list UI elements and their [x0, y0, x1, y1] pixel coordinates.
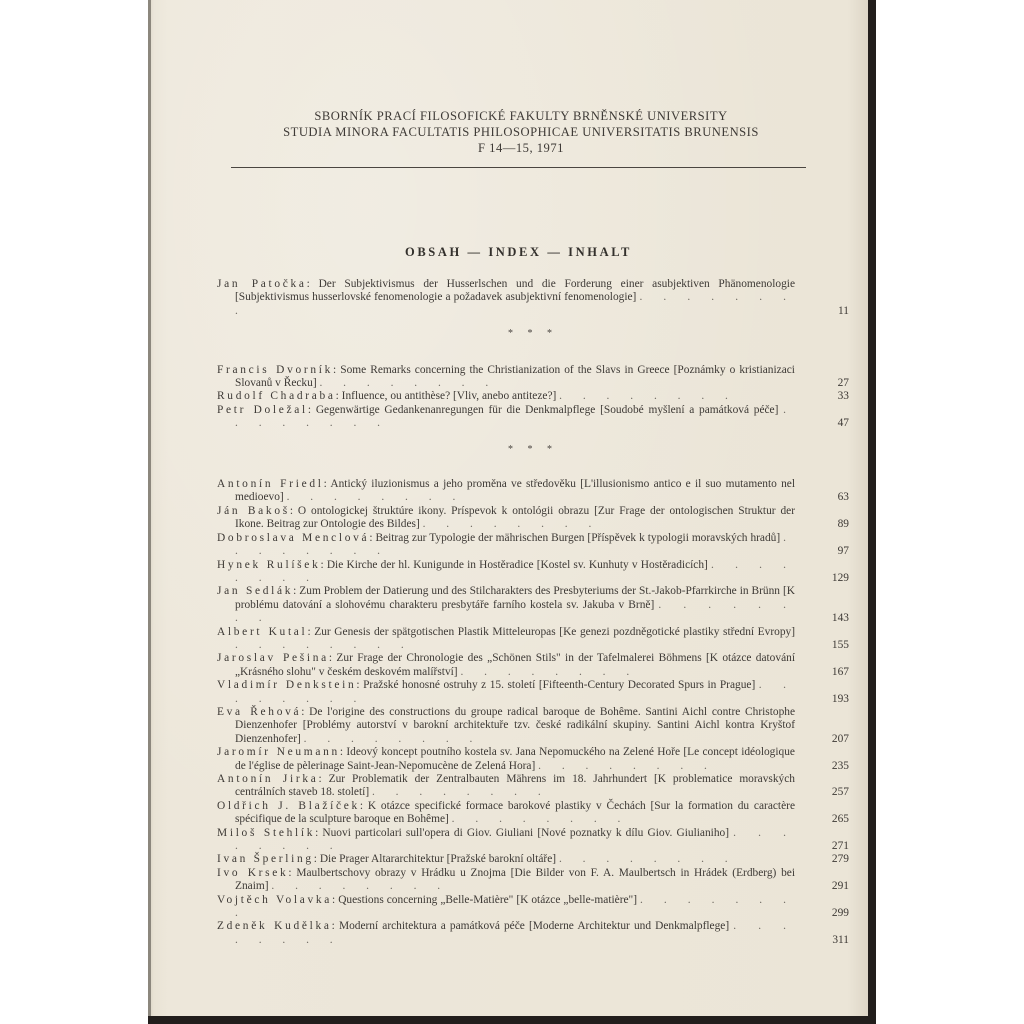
entry-title: Pražské honosné ostruhy z 15. století [F… — [363, 679, 755, 691]
entry-page-number: 33 — [809, 390, 849, 403]
toc-entry: Jaroslav Pešina: Zur Frage der Chronolog… — [217, 652, 849, 679]
entry-text: Ivan Šperling: Die Prager Altararchitekt… — [217, 853, 795, 866]
toc-entry: Petr Doležal: Gegenwärtige Gedankenanreg… — [217, 404, 849, 431]
entry-text: Ivo Krsek: Maulbertschovy obrazy v Hrádk… — [217, 867, 795, 894]
toc-entry: Oldřich J. Blažíček: K otázce specifické… — [217, 800, 849, 827]
entry-author: Vojtěch Volavka — [217, 894, 332, 906]
entry-title: Die Prager Altararchitektur [Pražské bar… — [320, 853, 556, 865]
entry-page-number: 311 — [809, 934, 849, 947]
entry-text: Francis Dvorník: Some Remarks concerning… — [217, 364, 795, 391]
entry-page-number: 97 — [809, 545, 849, 558]
entry-text: Jaromír Neumann: Ideový koncept poutního… — [217, 746, 795, 773]
toc-entry: Ján Bakoš: O ontologickej štruktúre ikon… — [217, 505, 849, 532]
header-line-czech: SBORNÍK PRACÍ FILOSOFICKÉ FAKULTY BRNĚNS… — [231, 108, 811, 124]
entry-page-number: 47 — [809, 417, 849, 430]
page-left-edge — [148, 0, 151, 1018]
entry-title: Die Kirche der hl. Kunigunde in Hostěrad… — [327, 559, 708, 571]
entry-title: Zur Genesis der spätgotischen Plastik Mi… — [314, 626, 795, 638]
entry-page-number: 235 — [809, 760, 849, 773]
entry-text: Vojtěch Volavka: Questions concerning „B… — [217, 894, 795, 921]
entry-title: Influence, ou antithèse? [Vliv, anebo an… — [342, 390, 557, 402]
toc-entry: Jaromír Neumann: Ideový koncept poutního… — [217, 746, 849, 773]
leader-dots: . . . . . . . . — [287, 491, 465, 503]
entry-text: Dobroslava Menclová: Beitrag zur Typolog… — [217, 532, 795, 559]
entry-page-number: 257 — [809, 786, 849, 799]
entry-page-number: 299 — [809, 907, 849, 920]
entry-author: Ivan Šperling — [217, 853, 314, 865]
header-rule — [231, 167, 806, 168]
entry-text: Ján Bakoš: O ontologickej štruktúre ikon… — [217, 505, 795, 532]
toc-entry: Vladimír Denkstein: Pražské honosné ostr… — [217, 679, 849, 706]
author-colon: : — [301, 706, 309, 718]
entry-title: Beitrag zur Typologie der mährischen Bur… — [375, 532, 780, 544]
entry-page-number: 271 — [809, 840, 849, 853]
entry-author: Vladimír Denkstein — [217, 679, 356, 691]
entry-author: Eva Řehová — [217, 706, 301, 718]
entry-text: Vladimír Denkstein: Pražské honosné ostr… — [217, 679, 795, 706]
entry-text: Zdeněk Kudělka: Moderní architektura a p… — [217, 920, 795, 947]
toc-entry: Zdeněk Kudělka: Moderní architektura a p… — [217, 920, 849, 947]
entry-author: Oldřich J. Blažíček — [217, 800, 360, 812]
toc-entry: Dobroslava Menclová: Beitrag zur Typolog… — [217, 532, 849, 559]
entry-text: Oldřich J. Blažíček: K otázce specifické… — [217, 800, 795, 827]
toc-entry: Vojtěch Volavka: Questions concerning „B… — [217, 894, 849, 921]
entry-page-number: 291 — [809, 880, 849, 893]
entry-author: Jan Patočka — [217, 278, 307, 290]
toc-entry: Hynek Rulíšek: Die Kirche der hl. Kunigu… — [217, 559, 849, 586]
section-separator: * * * — [217, 443, 849, 456]
entry-page-number: 63 — [809, 491, 849, 504]
entry-text: Miloš Stehlík: Nuovi particolari sull'op… — [217, 827, 795, 854]
entry-text: Jan Patočka: Der Subjektivismus der Huss… — [217, 278, 795, 318]
toc-entry: Rudolf Chadraba: Influence, ou antithèse… — [217, 390, 849, 403]
toc-entry: Antonín Friedl: Antický iluzionismus a j… — [217, 478, 849, 505]
leader-dots: . . . . . . . . — [460, 666, 638, 678]
leader-dots: . . . . . . . . — [559, 853, 737, 865]
entry-author: Ján Bakoš — [217, 505, 290, 517]
entry-text: Petr Doležal: Gegenwärtige Gedankenanreg… — [217, 404, 795, 431]
entry-page-number: 89 — [809, 518, 849, 531]
author-colon: : — [290, 505, 298, 517]
author-colon: : — [307, 278, 319, 290]
entry-page-number: 11 — [809, 305, 849, 318]
toc-entry: Miloš Stehlík: Nuovi particolari sull'op… — [217, 827, 849, 854]
leader-dots: . . . . . . . . — [538, 760, 716, 772]
entry-page-number: 193 — [809, 693, 849, 706]
entry-title: Nuovi particolari sull'opera di Giov. Gi… — [322, 827, 729, 839]
entry-author: Ivo Krsek — [217, 867, 288, 879]
entry-title: Moderní architektura a památková péče [M… — [339, 920, 729, 932]
leader-dots: . . . . . . . . — [372, 786, 550, 798]
page-right-edge — [868, 0, 876, 1024]
entry-author: Dobroslava Menclová — [217, 532, 369, 544]
entry-author: Zdeněk Kudělka — [217, 920, 332, 932]
entry-page-number: 167 — [809, 666, 849, 679]
toc-entry: Jan Sedlák: Zum Problem der Datierung un… — [217, 585, 849, 625]
entry-author: Jaromír Neumann — [217, 746, 340, 758]
entry-page-number: 27 — [809, 377, 849, 390]
entry-page-number: 279 — [809, 853, 849, 866]
entry-title: Gegenwärtige Gedankenanregungen für die … — [316, 404, 779, 416]
entry-text: Albert Kutal: Zur Genesis der spätgotisc… — [217, 626, 795, 653]
entry-text: Rudolf Chadraba: Influence, ou antithèse… — [217, 390, 795, 403]
entry-text: Eva Řehová: De l'origine des constructio… — [217, 706, 795, 746]
entry-page-number: 129 — [809, 572, 849, 585]
header-line-latin: STUDIA MINORA FACULTATIS PHILOSOPHICAE U… — [231, 124, 811, 140]
entry-author: Jaroslav Pešina — [217, 652, 329, 664]
leader-dots: . . . . . . . . — [235, 639, 413, 651]
entry-page-number: 265 — [809, 813, 849, 826]
toc-entry: Eva Řehová: De l'origine des constructio… — [217, 706, 849, 746]
author-colon: : — [319, 773, 329, 785]
author-colon: : — [332, 920, 339, 932]
entry-text: Antonín Jirka: Zur Problematik der Zentr… — [217, 773, 795, 800]
leader-dots: . . . . . . . . — [559, 390, 737, 402]
table-of-contents: Jan Patočka: Der Subjektivismus der Huss… — [217, 278, 849, 947]
leader-dots: . . . . . . . . — [452, 813, 630, 825]
leader-dots: . . . . . . . . — [319, 377, 497, 389]
toc-entry: Jan Patočka: Der Subjektivismus der Huss… — [217, 278, 849, 318]
entry-text: Hynek Rulíšek: Die Kirche der hl. Kunigu… — [217, 559, 795, 586]
entry-title: Questions concerning „Belle-Matière" [K … — [338, 894, 637, 906]
toc-entry: Ivo Krsek: Maulbertschovy obrazy v Hrádk… — [217, 867, 849, 894]
entry-text: Jaroslav Pešina: Zur Frage der Chronolog… — [217, 652, 795, 679]
entry-text: Antonín Friedl: Antický iluzionismus a j… — [217, 478, 795, 505]
section-separator: * * * — [217, 327, 849, 340]
toc-entry: Antonín Jirka: Zur Problematik der Zentr… — [217, 773, 849, 800]
entry-author: Jan Sedlák — [217, 585, 293, 597]
entry-author: Rudolf Chadraba — [217, 390, 336, 402]
author-colon: : — [360, 800, 368, 812]
entry-text: Jan Sedlák: Zum Problem der Datierung un… — [217, 585, 795, 625]
entry-author: Hynek Rulíšek — [217, 559, 320, 571]
leader-dots: . . . . . . . . — [271, 880, 449, 892]
author-colon: : — [308, 404, 316, 416]
header-volume: F 14—15, 1971 — [231, 140, 811, 156]
entry-author: Albert Kutal — [217, 626, 307, 638]
toc-entry: Albert Kutal: Zur Genesis der spätgotisc… — [217, 626, 849, 653]
toc-title: OBSAH — INDEX — INHALT — [231, 245, 806, 260]
journal-header: SBORNÍK PRACÍ FILOSOFICKÉ FAKULTY BRNĚNS… — [231, 108, 811, 156]
page-bottom-edge — [148, 1016, 876, 1024]
toc-entry: Francis Dvorník: Some Remarks concerning… — [217, 364, 849, 391]
entry-page-number: 207 — [809, 733, 849, 746]
toc-entry: Ivan Šperling: Die Prager Altararchitekt… — [217, 853, 849, 866]
leader-dots: . . . . . . . . — [304, 733, 482, 745]
entry-author: Antonín Jirka — [217, 773, 319, 785]
leader-dots: . . . . . . . . — [423, 518, 601, 530]
entry-author: Antonín Friedl — [217, 478, 324, 490]
entry-author: Petr Doležal — [217, 404, 308, 416]
entry-page-number: 155 — [809, 639, 849, 652]
entry-author: Francis Dvorník — [217, 364, 333, 376]
entry-author: Miloš Stehlík — [217, 827, 315, 839]
document-page: SBORNÍK PRACÍ FILOSOFICKÉ FAKULTY BRNĚNS… — [148, 0, 868, 1018]
entry-page-number: 143 — [809, 612, 849, 625]
